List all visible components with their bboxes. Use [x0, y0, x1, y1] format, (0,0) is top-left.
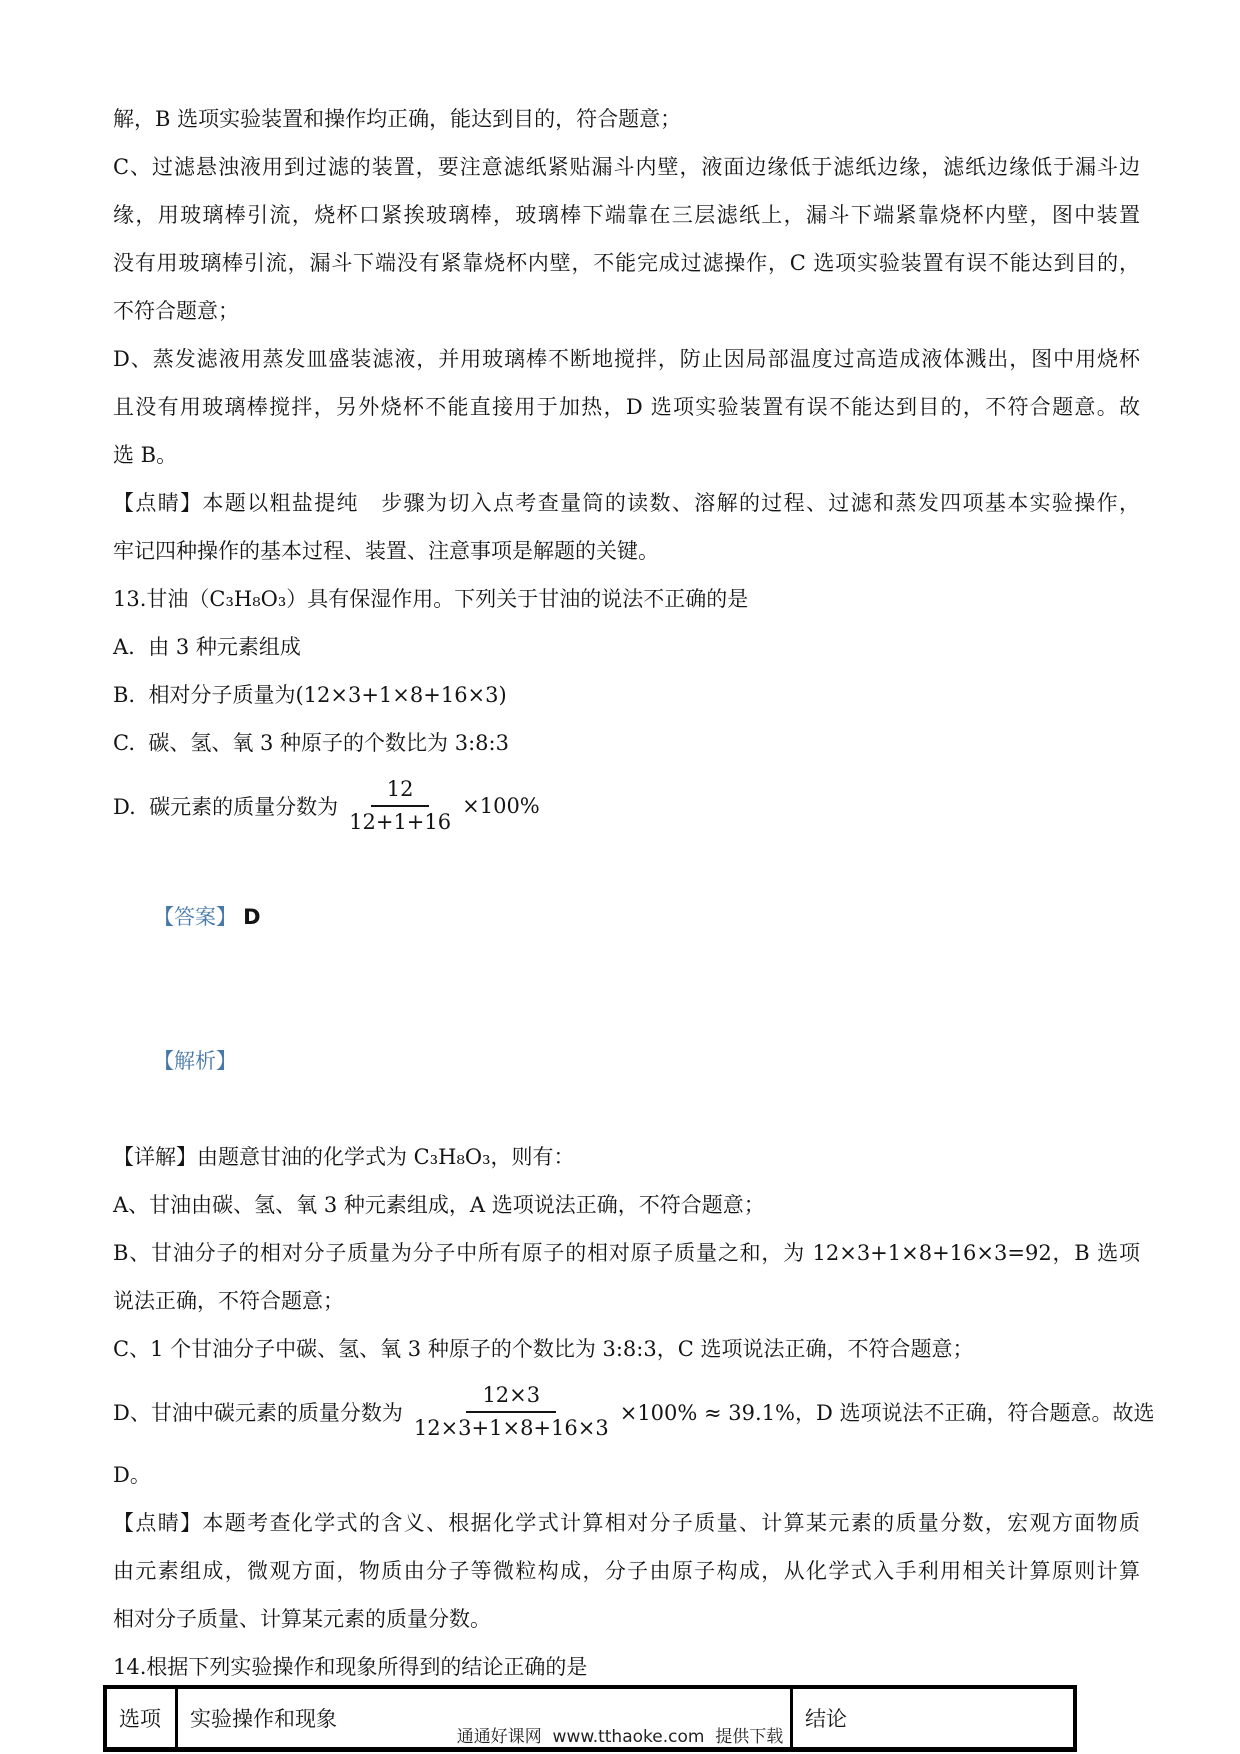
- q13-detail-line: 【详解】由题意甘油的化学式为 C₃H₈O₃，则有：: [113, 1133, 1140, 1181]
- q13-expl-a: A、甘油由碳、氢、氧 3 种元素组成，A 选项说法正确，不符合题意；: [113, 1181, 1140, 1229]
- q12-expl-para-c-line-2: 缘，用玻璃棒引流，烧杯口紧挨玻璃棒，玻璃棒下端靠在三层滤纸上，漏斗下端紧靠烧杯内…: [113, 191, 1140, 239]
- answer-label: 【答案】: [153, 905, 237, 929]
- analysis-line: 【解析】: [113, 989, 1140, 1133]
- q13-expl-d-prefix: D、甘油中碳元素的质量分数为: [113, 1397, 403, 1427]
- fraction-numerator: 12×3: [466, 1382, 556, 1413]
- fraction: 12 12+1+16: [343, 776, 457, 836]
- q13-option-a: A. 由 3 种元素组成: [113, 623, 1140, 671]
- q13-option-d-prefix: D. 碳元素的质量分数为: [113, 791, 338, 821]
- q13-expl-b-line-1: B、甘油分子的相对分子质量为分子中所有原子的相对原子质量之和，为 12×3+1×…: [113, 1229, 1140, 1277]
- q12-expl-para-d-line-3: 选 B。: [113, 431, 1140, 479]
- answer-line: 【答案】D: [113, 845, 1140, 989]
- q13-dianjing-line-3: 相对分子质量、计算某元素的质量分数。: [113, 1595, 1140, 1643]
- document-content: 解，B 选项实验装置和操作均正确，能达到目的，符合题意； C、过滤悬浊液用到过滤…: [113, 95, 1140, 1752]
- fraction-denominator: 12+1+16: [343, 807, 457, 836]
- page-footer: 通通好课网 www.tthaoke.com 提供下载: [0, 1722, 1240, 1747]
- q13-dianjing-line-1: 【点睛】本题考查化学式的含义、根据化学式计算相对分子质量、计算某元素的质量分数，…: [113, 1499, 1140, 1547]
- q12-dianjing-line-1: 【点睛】本题以粗盐提纯 步骤为切入点考查量筒的读数、溶解的过程、过滤和蒸发四项基…: [113, 479, 1140, 527]
- q12-expl-para-c-line-1: C、过滤悬浊液用到过滤的装置，要注意滤纸紧贴漏斗内壁，液面边缘低于滤纸边缘，滤纸…: [113, 143, 1140, 191]
- q13-expl-c: C、1 个甘油分子中碳、氢、氧 3 种原子的个数比为 3:8:3，C 选项说法正…: [113, 1325, 1140, 1373]
- answer-value: D: [237, 905, 260, 929]
- q12-expl-para-d-line-2: 且没有用玻璃棒搅拌，另外烧杯不能直接用于加热，D 选项实验装置有误不能达到目的，…: [113, 383, 1140, 431]
- q12-expl-para-c-line-3: 没有用玻璃棒引流，漏斗下端没有紧靠烧杯内壁，不能完成过滤操作，C 选项实验装置有…: [113, 239, 1140, 287]
- q13-expl-d-formula: D、甘油中碳元素的质量分数为 12×3 12×3+1×8+16×3 ×100% …: [113, 1373, 1140, 1451]
- fraction-denominator: 12×3+1×8+16×3: [408, 1413, 615, 1442]
- q13-expl-d-tail: D。: [113, 1451, 1140, 1499]
- q14-stem: 14.根据下列实验操作和现象所得到的结论正确的是: [113, 1643, 1140, 1691]
- q12-expl-line-b: 解，B 选项实验装置和操作均正确，能达到目的，符合题意；: [113, 95, 1140, 143]
- fraction: 12×3 12×3+1×8+16×3: [408, 1382, 615, 1442]
- q13-dianjing-line-2: 由元素组成，微观方面，物质由分子等微粒构成，分子由原子构成，从化学式入手利用相关…: [113, 1547, 1140, 1595]
- q13-option-b: B. 相对分子质量为(12×3+1×8+16×3): [113, 671, 1140, 719]
- q12-expl-para-c-line-4: 不符合题意；: [113, 287, 1140, 335]
- q13-expl-d-suffix: ×100% ≈ 39.1%，D 选项说法不正确，符合题意。故选: [620, 1397, 1155, 1427]
- q12-expl-para-d-line-1: D、蒸发滤液用蒸发皿盛装滤液，并用玻璃棒不断地搅拌，防止因局部温度过高造成液体溅…: [113, 335, 1140, 383]
- q13-stem: 13.甘油（C₃H₈O₃）具有保湿作用。下列关于甘油的说法不正确的是: [113, 575, 1140, 623]
- document-page: 解，B 选项实验装置和操作均正确，能达到目的，符合题意； C、过滤悬浊液用到过滤…: [0, 0, 1240, 1754]
- q13-option-d-formula: D. 碳元素的质量分数为 12 12+1+16 ×100%: [113, 767, 1140, 845]
- analysis-label: 【解析】: [153, 1049, 237, 1073]
- q13-expl-b-line-2: 说法正确，不符合题意；: [113, 1277, 1140, 1325]
- q13-option-c: C. 碳、氢、氧 3 种原子的个数比为 3:8:3: [113, 719, 1140, 767]
- q13-option-d-suffix: ×100%: [462, 794, 540, 818]
- fraction-numerator: 12: [371, 776, 430, 807]
- q12-dianjing-line-2: 牢记四种操作的基本过程、装置、注意事项是解题的关键。: [113, 527, 1140, 575]
